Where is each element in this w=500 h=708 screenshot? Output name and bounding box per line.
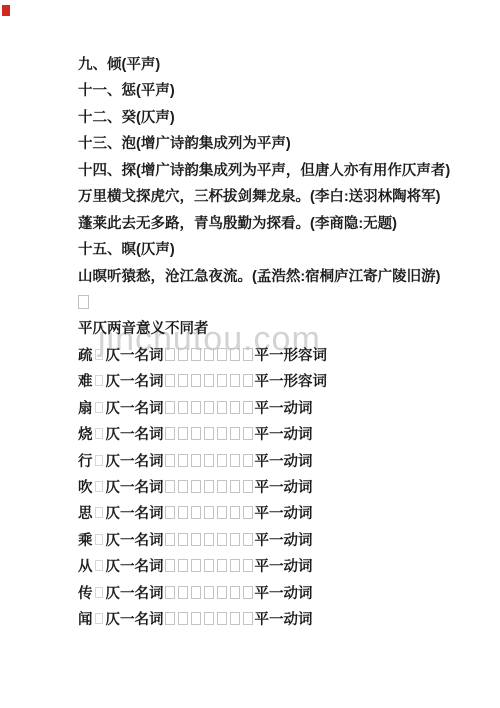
placeholder-box	[204, 427, 214, 440]
tone-row-ze-label: 仄一名词	[106, 506, 164, 522]
tone-row: 从仄一名词平一动词	[78, 554, 480, 580]
tone-row-ping-label: 平一动词	[255, 586, 313, 602]
document-page: jinchutou.com 九、倾(平声)十一、惩(平声)十二、癸(仄声)十三、…	[0, 0, 500, 708]
placeholder-box	[217, 401, 227, 414]
placeholder-box	[230, 506, 240, 519]
placeholder-box	[243, 374, 253, 387]
placeholder-box	[230, 480, 240, 493]
placeholder-box	[178, 480, 188, 493]
placeholder-box	[165, 533, 175, 546]
placeholder-box	[165, 480, 175, 493]
tone-row-ping-label: 平一动词	[255, 480, 313, 496]
tone-row-ze-label: 仄一名词	[106, 586, 164, 602]
placeholder-box	[204, 506, 214, 519]
placeholder-box	[165, 612, 175, 625]
tone-row: 闻仄一名词平一动词	[78, 607, 480, 633]
placeholder-box	[204, 612, 214, 625]
line-text: 十三、泡(增广诗韵集成列为平声)	[78, 136, 291, 152]
placeholder-box	[191, 348, 201, 361]
tone-row: 行仄一名词平一动词	[78, 449, 480, 475]
placeholder-box	[165, 427, 175, 440]
tone-row: 难仄一名词平一形容词	[78, 369, 480, 395]
document-line: 十五、暝(仄声)	[78, 237, 480, 263]
placeholder-box	[243, 586, 253, 599]
placeholder-box	[191, 612, 201, 625]
placeholder-box	[230, 427, 240, 440]
placeholder-box	[178, 427, 188, 440]
placeholder-box	[165, 374, 175, 387]
tone-row-ze-label: 仄一名词	[106, 612, 164, 628]
placeholder-box	[165, 559, 175, 572]
tone-row-character: 疏	[78, 348, 93, 364]
placeholder-box	[204, 533, 214, 546]
tone-row: 乘仄一名词平一动词	[78, 528, 480, 554]
placeholder-box	[204, 586, 214, 599]
placeholder-box	[95, 349, 103, 360]
placeholder-box	[243, 427, 253, 440]
placeholder-box	[178, 533, 188, 546]
placeholder-box	[78, 295, 89, 309]
tone-row-ping-label: 平一动词	[255, 506, 313, 522]
tone-row-character: 闻	[78, 612, 93, 628]
tone-row: 扇仄一名词平一动词	[78, 396, 480, 422]
placeholder-box	[230, 401, 240, 414]
tone-row: 传仄一名词平一动词	[78, 581, 480, 607]
placeholder-box	[204, 480, 214, 493]
placeholder-box	[165, 586, 175, 599]
placeholder-box	[230, 612, 240, 625]
placeholder-box	[191, 559, 201, 572]
placeholder-box	[191, 427, 201, 440]
placeholder-box	[191, 374, 201, 387]
tone-row-character: 传	[78, 586, 93, 602]
tone-row-character: 乘	[78, 533, 93, 549]
placeholder-box	[217, 454, 227, 467]
document-body: 九、倾(平声)十一、惩(平声)十二、癸(仄声)十三、泡(增广诗韵集成列为平声)十…	[78, 52, 480, 634]
placeholder-box	[243, 348, 253, 361]
tone-row-ze-label: 仄一名词	[106, 401, 164, 417]
document-line: 蓬莱此去无多路，青鸟殷勤为探看。(李商隐:无题)	[78, 211, 480, 237]
document-line: 平仄两音意义不同者	[78, 316, 480, 342]
tone-row-ze-label: 仄一名词	[106, 348, 164, 364]
placeholder-box	[95, 507, 103, 518]
placeholder-box	[95, 428, 103, 439]
line-text: 九、倾(平声)	[78, 57, 160, 73]
placeholder-box	[230, 374, 240, 387]
tone-row: 思仄一名词平一动词	[78, 501, 480, 527]
placeholder-box	[243, 612, 253, 625]
tone-row-ze-label: 仄一名词	[106, 427, 164, 443]
placeholder-box	[243, 559, 253, 572]
placeholder-box	[217, 427, 227, 440]
placeholder-box	[191, 586, 201, 599]
placeholder-box	[230, 586, 240, 599]
placeholder-box	[243, 401, 253, 414]
placeholder-box	[178, 506, 188, 519]
tone-row-ze-label: 仄一名词	[106, 559, 164, 575]
document-line: 十二、癸(仄声)	[78, 105, 480, 131]
placeholder-box	[217, 612, 227, 625]
tone-row-ping-label: 平一动词	[255, 533, 313, 549]
placeholder-box	[178, 454, 188, 467]
placeholder-box	[204, 559, 214, 572]
tone-row-ping-label: 平一动词	[255, 454, 313, 470]
placeholder-box	[217, 374, 227, 387]
line-text: 十五、暝(仄声)	[78, 242, 175, 258]
placeholder-box	[243, 533, 253, 546]
placeholder-box	[191, 533, 201, 546]
placeholder-box	[191, 480, 201, 493]
placeholder-box	[95, 402, 103, 413]
line-text: 十一、惩(平声)	[78, 83, 175, 99]
placeholder-box	[191, 454, 201, 467]
placeholder-box	[217, 559, 227, 572]
placeholder-box	[243, 480, 253, 493]
document-line: 十一、惩(平声)	[78, 78, 480, 104]
placeholder-box	[95, 613, 103, 624]
placeholder-box	[204, 374, 214, 387]
placeholder-box	[178, 374, 188, 387]
document-line: 九、倾(平声)	[78, 52, 480, 78]
placeholder-box	[217, 348, 227, 361]
placeholder-box	[178, 348, 188, 361]
line-text: 山暝听猿愁，沧江急夜流。(孟浩然:宿桐庐江寄广陵旧游)	[78, 269, 440, 285]
line-text: 蓬莱此去无多路，青鸟殷勤为探看。(李商隐:无题)	[78, 216, 397, 232]
placeholder-box	[230, 559, 240, 572]
line-text: 十二、癸(仄声)	[78, 110, 175, 126]
placeholder-box	[95, 375, 103, 386]
placeholder-box	[178, 401, 188, 414]
placeholder-box	[95, 534, 103, 545]
tone-row-character: 烧	[78, 427, 93, 443]
placeholder-box	[217, 586, 227, 599]
tone-row: 吹仄一名词平一动词	[78, 475, 480, 501]
placeholder-box	[191, 401, 201, 414]
placeholder-box	[165, 401, 175, 414]
tone-row-ping-label: 平一形容词	[255, 374, 328, 390]
placeholder-box	[95, 560, 103, 571]
placeholder-box	[178, 612, 188, 625]
placeholder-box	[204, 454, 214, 467]
placeholder-box	[217, 533, 227, 546]
placeholder-box	[217, 480, 227, 493]
tone-row-character: 吹	[78, 480, 93, 496]
line-text: 十四、探(增广诗韵集成列为平声，但唐人亦有用作仄声者)	[78, 163, 450, 179]
tone-row-ze-label: 仄一名词	[106, 374, 164, 390]
tone-row-character: 思	[78, 506, 93, 522]
placeholder-box	[165, 506, 175, 519]
placeholder-box	[204, 348, 214, 361]
placeholder-box	[95, 481, 103, 492]
tone-row-ping-label: 平一动词	[255, 401, 313, 417]
line-text: 万里横戈探虎穴，三杯拔剑舞龙泉。(李白:送羽林陶将军)	[78, 189, 440, 205]
tone-row: 烧仄一名词平一动词	[78, 422, 480, 448]
tone-row-ping-label: 平一动词	[255, 612, 313, 628]
placeholder-box	[243, 506, 253, 519]
tone-row-ze-label: 仄一名词	[106, 480, 164, 496]
document-line: 十三、泡(增广诗韵集成列为平声)	[78, 131, 480, 157]
placeholder-box-line	[78, 290, 480, 316]
placeholder-box	[230, 348, 240, 361]
placeholder-box	[95, 587, 103, 598]
placeholder-box	[165, 454, 175, 467]
tone-row-ping-label: 平一形容词	[255, 348, 328, 364]
placeholder-box	[230, 454, 240, 467]
placeholder-box	[191, 506, 201, 519]
placeholder-box	[165, 348, 175, 361]
tone-row-character: 行	[78, 454, 93, 470]
placeholder-box	[217, 506, 227, 519]
tone-row-ze-label: 仄一名词	[106, 454, 164, 470]
tone-row-character: 从	[78, 559, 93, 575]
tone-row-ze-label: 仄一名词	[106, 533, 164, 549]
placeholder-box	[230, 533, 240, 546]
tone-row-ping-label: 平一动词	[255, 427, 313, 443]
tone-row: 疏仄一名词平一形容词	[78, 343, 480, 369]
tone-row-character: 扇	[78, 401, 93, 417]
placeholder-box	[95, 455, 103, 466]
document-line: 十四、探(增广诗韵集成列为平声，但唐人亦有用作仄声者)	[78, 158, 480, 184]
placeholder-box	[204, 401, 214, 414]
corner-red-mark	[2, 5, 10, 16]
placeholder-box	[243, 454, 253, 467]
tone-row-ping-label: 平一动词	[255, 559, 313, 575]
tone-row-character: 难	[78, 374, 93, 390]
document-line: 万里横戈探虎穴，三杯拔剑舞龙泉。(李白:送羽林陶将军)	[78, 184, 480, 210]
document-line: 山暝听猿愁，沧江急夜流。(孟浩然:宿桐庐江寄广陵旧游)	[78, 264, 480, 290]
placeholder-box	[178, 586, 188, 599]
placeholder-box	[178, 559, 188, 572]
line-text: 平仄两音意义不同者	[78, 321, 209, 337]
